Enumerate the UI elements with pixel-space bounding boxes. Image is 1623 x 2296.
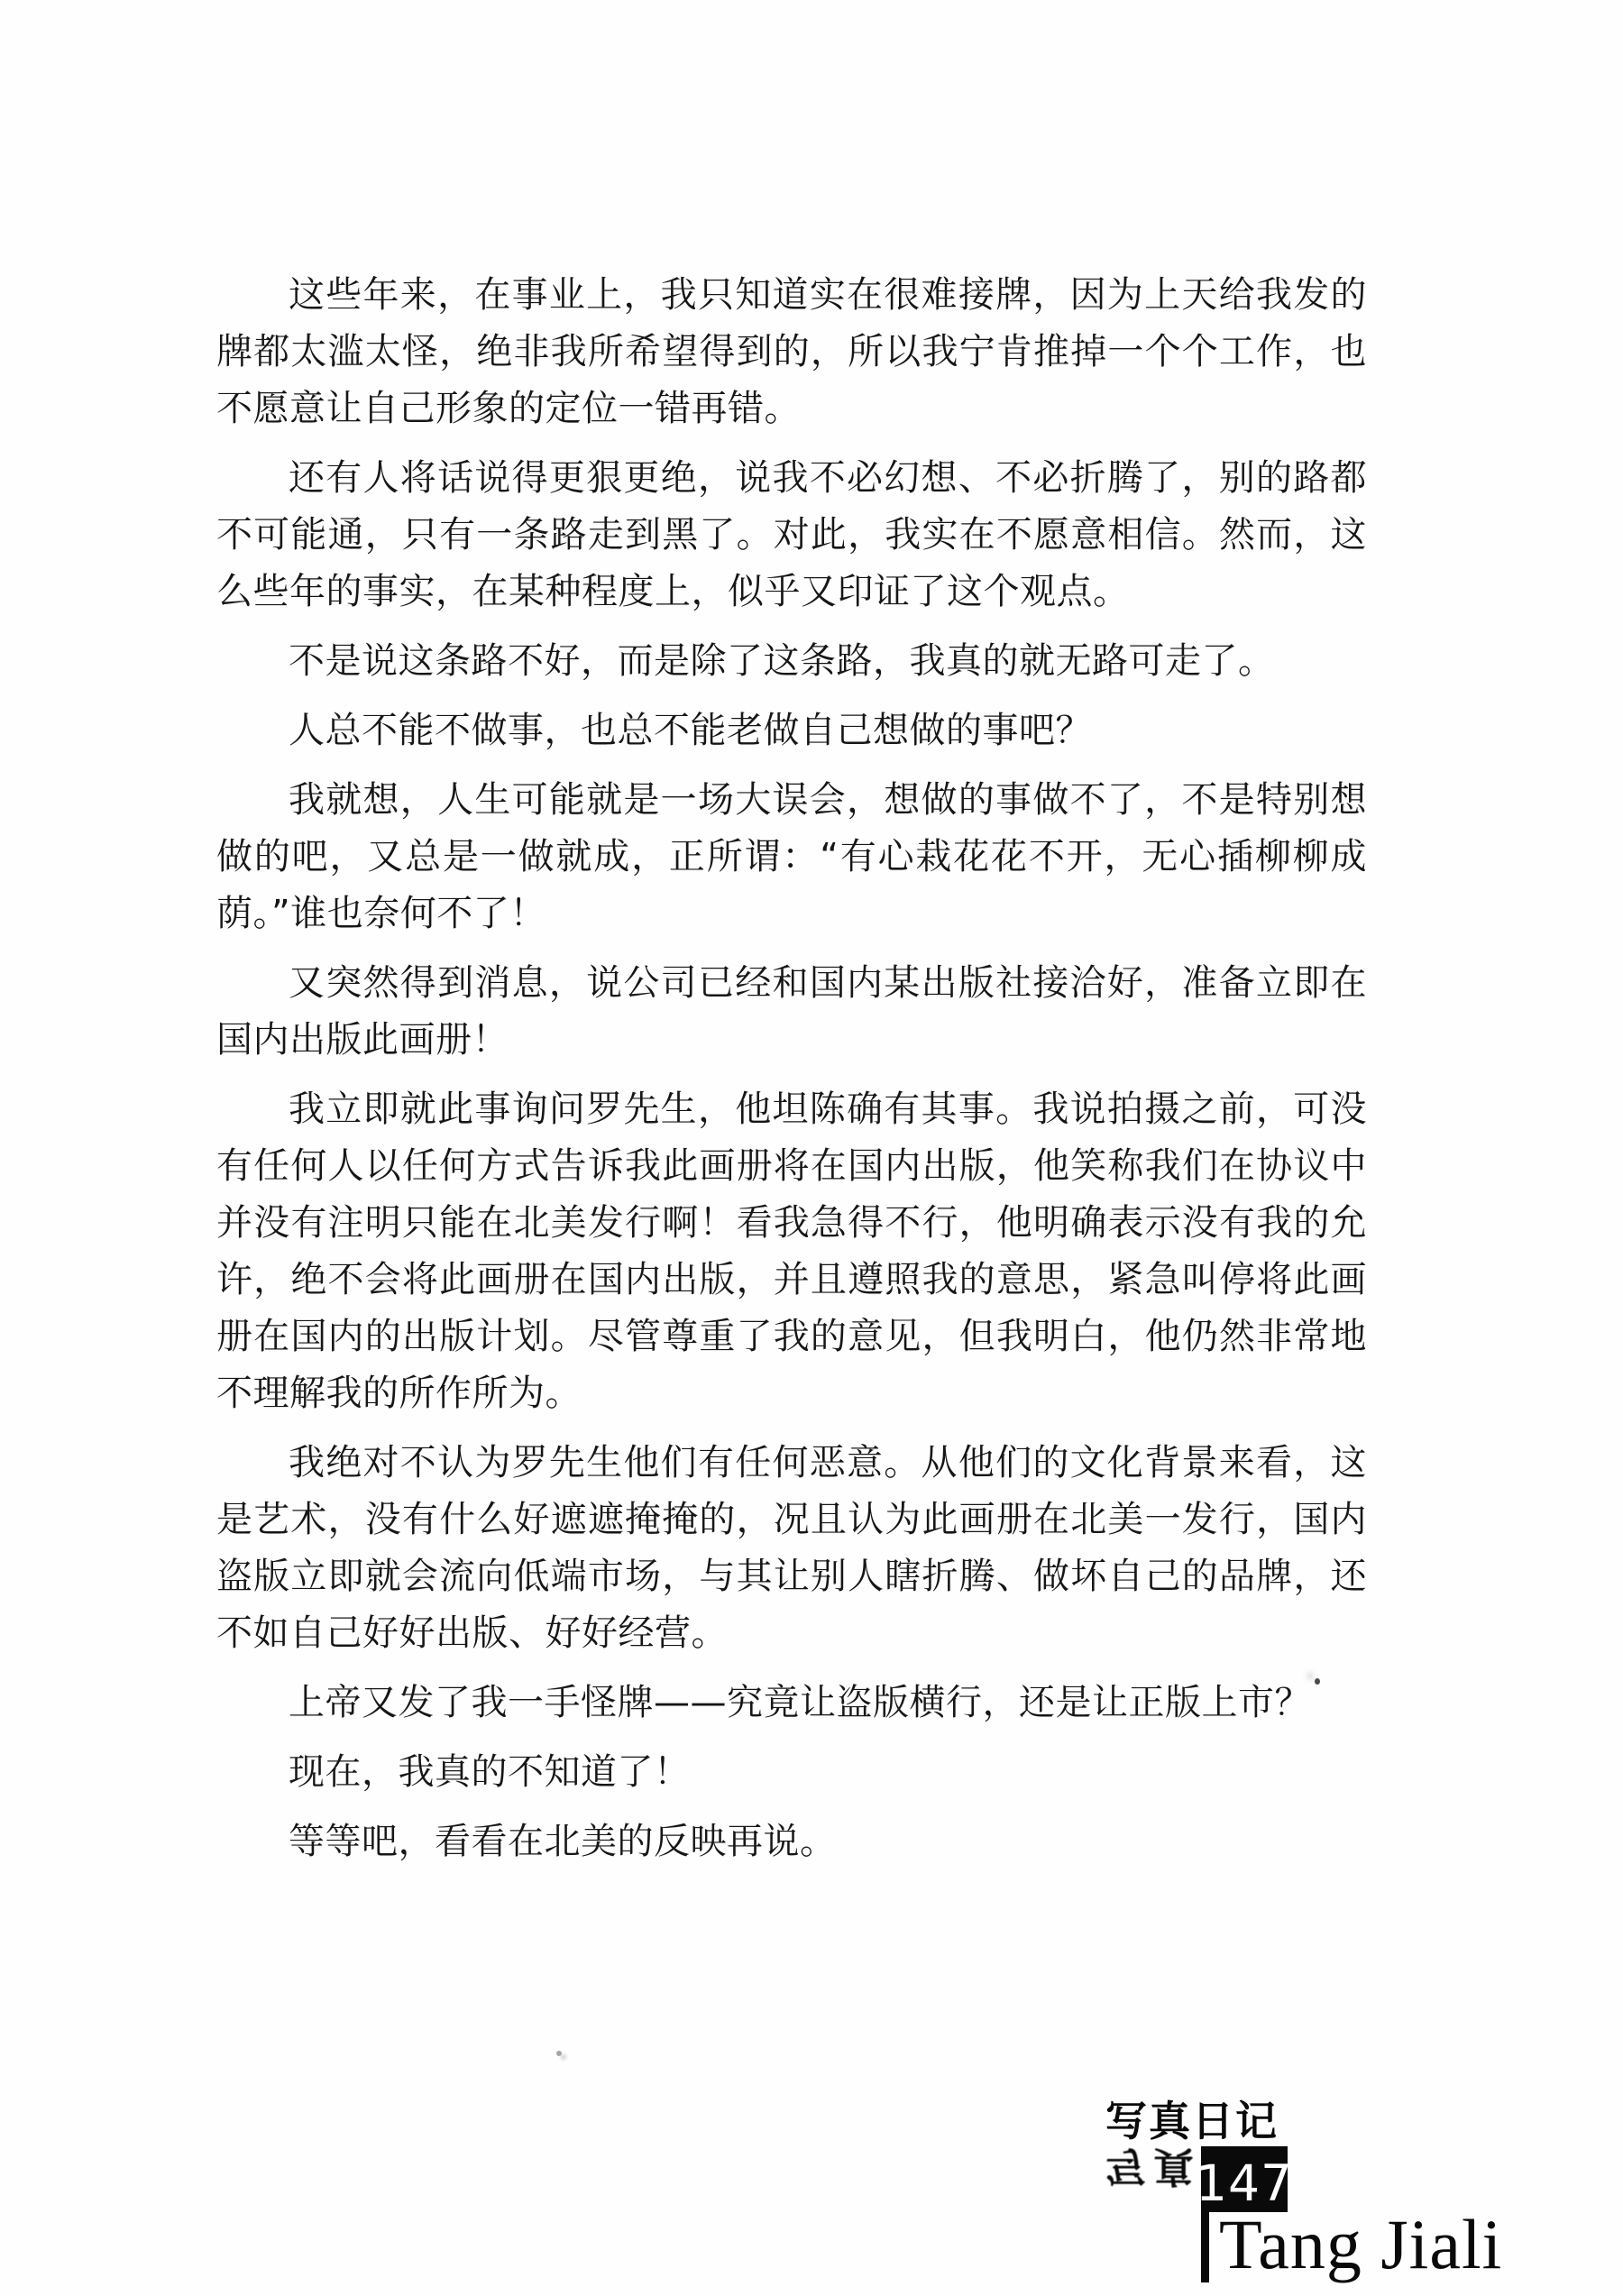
paragraph: 上帝又发了我一手怪牌——究竟让盗版横行，还是让正版上市？ xyxy=(216,1675,1367,1731)
page-body-text: 这些年来，在事业上，我只知道实在很难接牌，因为上天给我发的牌都太滥太怪，绝非我所… xyxy=(216,267,1367,1883)
page-number: 147 xyxy=(1196,2154,1293,2212)
paragraph: 我就想，人生可能就是一场大误会，想做的事做不了，不是特别想做的吧，又总是一做就成… xyxy=(216,772,1367,942)
paragraph: 又突然得到消息，说公司已经和国内某出版社接洽好，准备立即在国内出版此画册！ xyxy=(216,955,1367,1069)
paragraph: 我绝对不认为罗先生他们有任何恶意。从他们的文化背景来看，这是艺术，没有什么好遮遮… xyxy=(216,1435,1367,1662)
author-name: Tang Jiali xyxy=(1219,2204,1502,2285)
paragraph: 我立即就此事询问罗先生，他坦陈确有其事。我说拍摄之前，可没有任何人以任何方式告诉… xyxy=(216,1081,1367,1422)
scanned-book-page: 这些年来，在事业上，我只知道实在很难接牌，因为上天给我发的牌都太滥太怪，绝非我所… xyxy=(0,0,1623,2296)
footer-vertical-bar xyxy=(1201,2212,1209,2282)
paragraph: 人总不能不做事，也总不能老做自己想做的事吧？ xyxy=(216,703,1367,759)
paragraph: 这些年来，在事业上，我只知道实在很难接牌，因为上天给我发的牌都太滥太怪，绝非我所… xyxy=(216,267,1367,437)
series-logo-title: 写真日记 xyxy=(1105,2098,1286,2144)
paragraph: 等等吧，看看在北美的反映再说。 xyxy=(216,1814,1367,1870)
paragraph: 现在，我真的不知道了！ xyxy=(216,1744,1367,1801)
paragraph: 还有人将话说得更狠更绝，说我不必幻想、不必折腾了，别的路都不可能通，只有一条路走… xyxy=(216,450,1367,620)
scan-speck xyxy=(556,2051,562,2056)
series-logo-mirror-text: 写真 xyxy=(1105,2144,1201,2188)
page-number-box: 147 xyxy=(1201,2146,1288,2212)
scan-speck xyxy=(1315,1678,1320,1685)
paragraph: 不是说这条路不好，而是除了这条路，我真的就无路可走了。 xyxy=(216,633,1367,690)
